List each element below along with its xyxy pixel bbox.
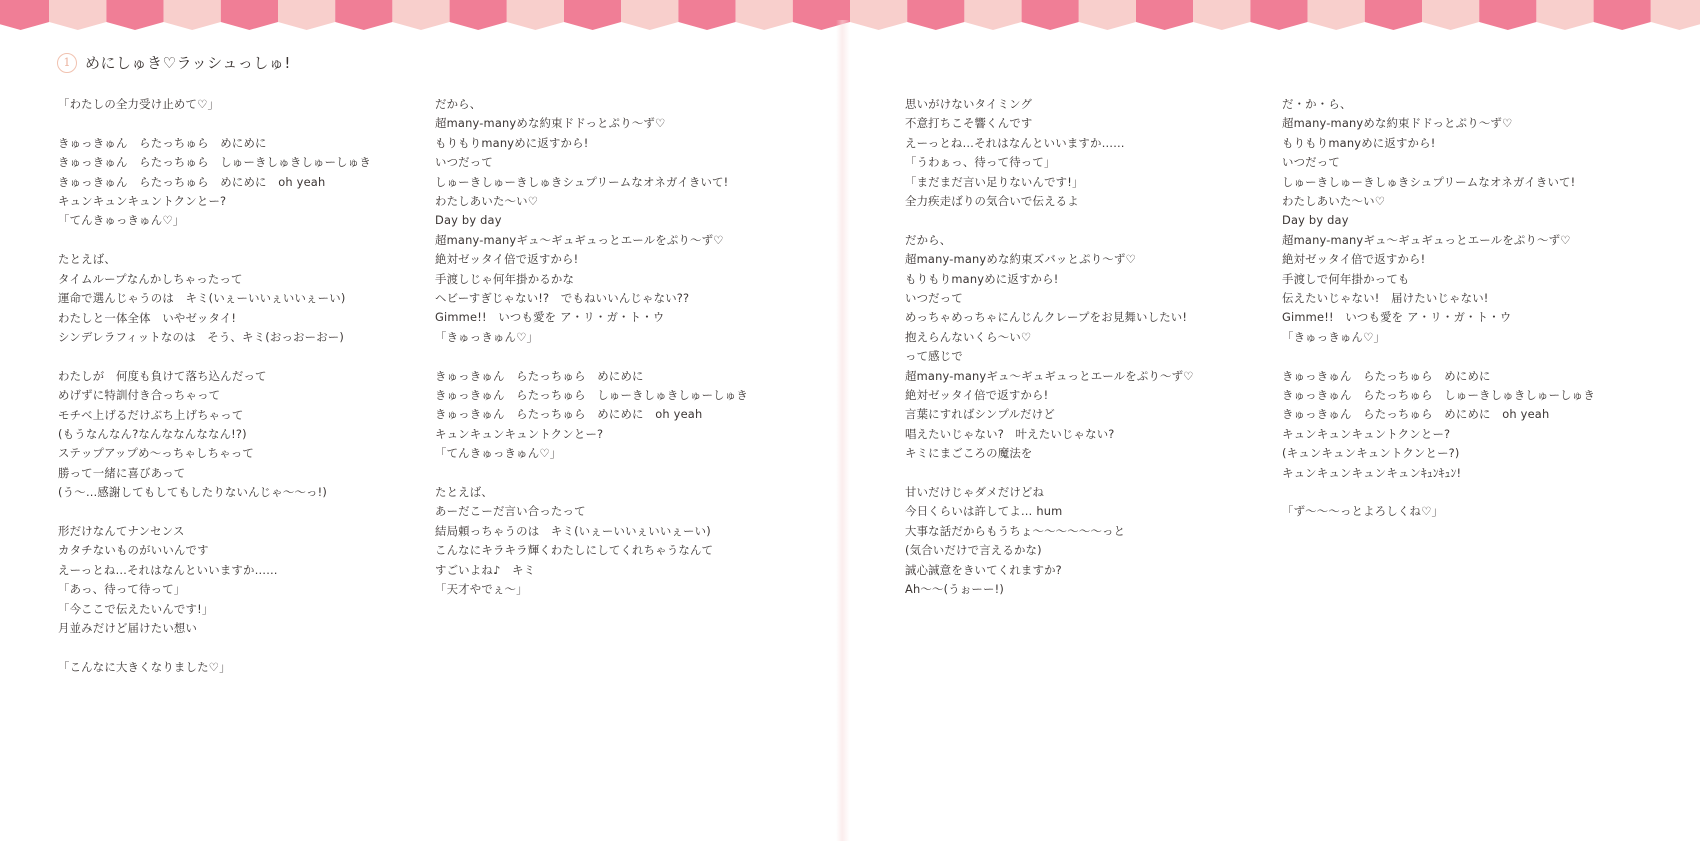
lyric-line: わたしあいた〜い♡ — [435, 192, 795, 211]
lyric-line: いつだって — [905, 289, 1265, 308]
song-title: めにしゅき♡ラッシュっしゅ! — [85, 52, 291, 73]
lyric-line: 全力疾走ばりの気合いで伝えるよ — [905, 192, 1265, 211]
lyric-line: ステップアップめ〜っちゃしちゃって — [58, 444, 418, 463]
lyric-line: 「あっ、待って待って」 — [58, 580, 418, 599]
lyric-line: えーっとね…それはなんといいますか…… — [905, 134, 1265, 153]
border-stripe — [964, 0, 1021, 30]
lyric-line: 「きゅっきゅん♡」 — [435, 328, 795, 347]
lyric-line: こんなにキラキラ輝くわたしにしてくれちゃうなんて — [435, 541, 795, 560]
lyric-line: きゅっきゅん らたっちゅら しゅーきしゅきしゅーしゅき — [1282, 386, 1642, 405]
lyric-line: 言葉にすればシンプルだけど — [905, 405, 1265, 424]
lyric-line: シンデレラフィットなのは そう、キミ(おっおーおー) — [58, 328, 418, 347]
page-fold-crease — [836, 20, 850, 841]
lyric-line: モチベ上げるだけぶち上げちゃって — [58, 406, 418, 425]
border-stripe — [1594, 0, 1651, 30]
lyric-line: 形だけなんてナンセンス — [58, 522, 418, 541]
lyric-line: いつだって — [435, 153, 795, 172]
border-stripe — [1022, 0, 1079, 30]
lyric-line: わたしと一体全体 いやゼッタイ! — [58, 309, 418, 328]
lyric-line: 誠心誠意をきいてくれますか? — [905, 561, 1265, 580]
lyric-line: って感じで — [905, 347, 1265, 366]
lyric-line: 「まだまだ言い足りないんです!」 — [905, 173, 1265, 192]
lyric-line: Gimme!! いつも愛を ア・リ・ガ・ト・ウ — [1282, 308, 1642, 327]
lyric-stanza: たとえば、あーだこーだ言い合ったって結局頼っちゃうのは キミ(いぇーいいぇいいぇ… — [435, 483, 795, 599]
lyric-stanza: 甘いだけじゃダメだけどね今日くらいは許してよ… hum大事な話だからもうちょ〜〜… — [905, 483, 1265, 599]
border-stripe — [1479, 0, 1536, 30]
border-stripe — [1250, 0, 1307, 30]
lyric-line: もりもりmanyめに返すから! — [435, 134, 795, 153]
lyric-line: もりもりmanyめに返すから! — [905, 270, 1265, 289]
lyric-line: (気合いだけで言えるかな) — [905, 541, 1265, 560]
lyric-line: きゅっきゅん らたっちゅら めにめに oh yeah — [435, 405, 795, 424]
border-stripe — [1422, 0, 1479, 30]
lyric-line: 「こんなに大きくなりました♡」 — [58, 658, 418, 677]
lyric-line: 超many-manyギュ〜ギュギュっとエールをぷり〜ず♡ — [905, 367, 1265, 386]
lyric-line: 伝えたいじゃない! 届けたいじゃない! — [1282, 289, 1642, 308]
lyric-line: 超many-manyめな約束ドドっとぷり〜ず♡ — [1282, 114, 1642, 133]
lyric-line: 超many-manyめな約束ドドっとぷり〜ず♡ — [435, 114, 795, 133]
border-stripe — [621, 0, 678, 30]
border-stripe — [1308, 0, 1365, 30]
lyric-line: キュンキュンキュントクンとー? — [435, 425, 795, 444]
lyric-line: だ・か・ら、 — [1282, 95, 1642, 114]
lyric-stanza: 形だけなんてナンセンスカタチないものがいいんですえーっとね…それはなんといいます… — [58, 522, 418, 638]
lyric-line: すごいよね♪ キミ — [435, 561, 795, 580]
border-stripe — [0, 0, 49, 30]
lyric-line: キュンキュンキュントクンとー? — [1282, 425, 1642, 444]
lyric-line: めげずに特訓付き合っちゃって — [58, 386, 418, 405]
border-stripe — [850, 0, 907, 30]
border-stripe — [164, 0, 221, 30]
border-stripe — [1193, 0, 1250, 30]
border-stripe — [678, 0, 735, 30]
lyric-line: 今日くらいは許してよ… hum — [905, 502, 1265, 521]
lyric-line: 抱えらんないくら〜い♡ — [905, 328, 1265, 347]
lyric-line: たとえば、 — [58, 250, 418, 269]
lyric-line: (もうなんなん?なんななんななん!?) — [58, 425, 418, 444]
lyric-stanza: きゅっきゅん らたっちゅら めにめにきゅっきゅん らたっちゅら しゅーきしゅきし… — [435, 367, 795, 464]
border-stripe — [564, 0, 621, 30]
lyric-line: 「きゅっきゅん♡」 — [1282, 328, 1642, 347]
lyric-stanza: だから、超many-manyめな約束ドドっとぷり〜ず♡もりもりmanyめに返すか… — [435, 95, 795, 347]
lyric-line: 「てんきゅっきゅん♡」 — [58, 211, 418, 230]
lyric-line: 大事な話だからもうちょ〜〜〜〜〜〜っと — [905, 522, 1265, 541]
border-stripe — [1365, 0, 1422, 30]
border-stripe — [1536, 0, 1593, 30]
lyric-line: めっちゃめっちゃにんじんクレープをお見舞いしたい! — [905, 308, 1265, 327]
lyric-stanza: たとえば、タイムループなんかしちゃったって運命で選んじゃうのは キミ(いぇーいい… — [58, 250, 418, 347]
border-stripe — [1136, 0, 1193, 30]
lyric-line: キュンキュンキュントクンとー? — [58, 192, 418, 211]
lyric-line: 運命で選んじゃうのは キミ(いぇーいいぇいいぇーい) — [58, 289, 418, 308]
lyric-line: 月並みだけど届けたい想い — [58, 619, 418, 638]
lyric-line: (キュンキュンキュントクンとー?) — [1282, 444, 1642, 463]
lyric-stanza: だから、超many-manyめな約束ズバッとぷり〜ず♡もりもりmanyめに返すか… — [905, 231, 1265, 464]
lyric-line: Day by day — [1282, 211, 1642, 230]
border-stripe — [907, 0, 964, 30]
border-stripe — [278, 0, 335, 30]
lyric-line: 甘いだけじゃダメだけどね — [905, 483, 1265, 502]
lyric-line: Gimme!! いつも愛を ア・リ・ガ・ト・ウ — [435, 308, 795, 327]
lyric-line: だから、 — [435, 95, 795, 114]
lyric-line: 「わたしの全力受け止めて♡」 — [58, 95, 418, 114]
lyric-line: きゅっきゅん らたっちゅら しゅーきしゅきしゅーしゅき — [58, 153, 418, 172]
track-number: 1 — [64, 57, 71, 68]
lyrics-column-2: だから、超many-manyめな約束ドドっとぷり〜ず♡もりもりmanyめに返すか… — [435, 95, 795, 619]
lyric-line: 「天才やでぇ〜」 — [435, 580, 795, 599]
lyric-line: きゅっきゅん らたっちゅら めにめに oh yeah — [58, 173, 418, 192]
border-stripe — [1651, 0, 1700, 30]
lyric-line: 不意打ちこそ響くんです — [905, 114, 1265, 133]
border-stripe — [49, 0, 106, 30]
lyric-line: 超many-manyギュ〜ギュギュっとエールをぷり〜ず♡ — [1282, 231, 1642, 250]
lyrics-column-4: だ・か・ら、超many-manyめな約束ドドっとぷり〜ず♡もりもりmanyめに返… — [1282, 95, 1642, 541]
lyric-line: たとえば、 — [435, 483, 795, 502]
border-stripe — [221, 0, 278, 30]
lyric-line: 超many-manyギュ〜ギュギュっとエールをぷり〜ず♡ — [435, 231, 795, 250]
border-stripe — [335, 0, 392, 30]
lyric-stanza: だ・か・ら、超many-manyめな約束ドドっとぷり〜ず♡もりもりmanyめに返… — [1282, 95, 1642, 347]
lyric-line: 絶対ゼッタイ倍で返すから! — [1282, 250, 1642, 269]
border-stripe — [450, 0, 507, 30]
lyric-line: 「うわぁっ、待って待って」 — [905, 153, 1265, 172]
lyric-line: わたしあいた〜い♡ — [1282, 192, 1642, 211]
lyric-line: Ah〜〜(うぉーー!) — [905, 580, 1265, 599]
track-number-badge-icon: 1 — [57, 53, 77, 73]
lyrics-column-3: 思いがけないタイミング不意打ちこそ響くんですえーっとね…それはなんといいますか…… — [905, 95, 1265, 619]
lyric-line: いつだって — [1282, 153, 1642, 172]
lyric-line: えーっとね…それはなんといいますか…… — [58, 561, 418, 580]
lyric-line: Day by day — [435, 211, 795, 230]
lyric-line: 結局頼っちゃうのは キミ(いぇーいいぇいいぇーい) — [435, 522, 795, 541]
lyric-line: わたしが 何度も負けて落ち込んだって — [58, 367, 418, 386]
border-stripe — [392, 0, 449, 30]
lyric-line: タイムループなんかしちゃったって — [58, 270, 418, 289]
lyric-stanza: 思いがけないタイミング不意打ちこそ響くんですえーっとね…それはなんといいますか…… — [905, 95, 1265, 211]
lyric-stanza: 「こんなに大きくなりました♡」 — [58, 658, 418, 677]
lyric-stanza: きゅっきゅん らたっちゅら めにめにきゅっきゅん らたっちゅら しゅーきしゅきし… — [1282, 367, 1642, 483]
lyric-line: 「ず〜〜〜っとよろしくね♡」 — [1282, 502, 1642, 521]
lyric-line: きゅっきゅん らたっちゅら めにめに — [58, 134, 418, 153]
lyrics-column-1: 「わたしの全力受け止めて♡」きゅっきゅん らたっちゅら めにめにきゅっきゅん ら… — [58, 95, 418, 697]
lyric-line: 「てんきゅっきゅん♡」 — [435, 444, 795, 463]
lyric-line: だから、 — [905, 231, 1265, 250]
lyric-line: あーだこーだ言い合ったって — [435, 502, 795, 521]
border-stripe — [1079, 0, 1136, 30]
lyric-stanza: 「わたしの全力受け止めて♡」 — [58, 95, 418, 114]
lyric-line: きゅっきゅん らたっちゅら めにめに — [435, 367, 795, 386]
lyric-line: (う〜…感謝してもしてもしたりないんじゃ〜〜っ!) — [58, 483, 418, 502]
lyric-line: 「今ここで伝えたいんです!」 — [58, 600, 418, 619]
lyric-line: もりもりmanyめに返すから! — [1282, 134, 1642, 153]
lyric-line: 勝って一緒に喜びあって — [58, 464, 418, 483]
lyric-line: ヘビーすぎじゃない!? でもねいいんじゃない?? — [435, 289, 795, 308]
lyric-line: 手渡しで何年掛かっても — [1282, 270, 1642, 289]
striped-chevron-border — [0, 0, 1700, 34]
lyric-stanza: 「ず〜〜〜っとよろしくね♡」 — [1282, 502, 1642, 521]
lyric-line: しゅーきしゅーきしゅきシュプリームなオネガイきいて! — [1282, 173, 1642, 192]
border-stripe — [507, 0, 564, 30]
lyric-line: 思いがけないタイミング — [905, 95, 1265, 114]
song-header: 1 めにしゅき♡ラッシュっしゅ! — [57, 52, 291, 73]
lyric-line: キミにまごころの魔法を — [905, 444, 1265, 463]
lyric-line: 絶対ゼッタイ倍で返すから! — [905, 386, 1265, 405]
border-stripe — [736, 0, 793, 30]
lyric-stanza: わたしが 何度も負けて落ち込んだってめげずに特訓付き合っちゃってモチベ上げるだけ… — [58, 367, 418, 503]
lyric-line: 絶対ゼッタイ倍で返すから! — [435, 250, 795, 269]
lyric-line: キュンキュンキュンキュンｷｭﾝｷｭﾝ! — [1282, 464, 1642, 483]
lyric-line: カタチないものがいいんです — [58, 541, 418, 560]
lyric-line: きゅっきゅん らたっちゅら しゅーきしゅきしゅーしゅき — [435, 386, 795, 405]
lyric-line: しゅーきしゅーきしゅきシュプリームなオネガイきいて! — [435, 173, 795, 192]
lyric-line: きゅっきゅん らたっちゅら めにめに — [1282, 367, 1642, 386]
lyric-line: 超many-manyめな約束ズバッとぷり〜ず♡ — [905, 250, 1265, 269]
lyric-line: 唱えたいじゃない? 叶えたいじゃない? — [905, 425, 1265, 444]
lyric-stanza: きゅっきゅん らたっちゅら めにめにきゅっきゅん らたっちゅら しゅーきしゅきし… — [58, 134, 418, 231]
lyric-line: 手渡しじゃ何年掛かるかな — [435, 270, 795, 289]
border-stripe — [106, 0, 163, 30]
lyric-line: きゅっきゅん らたっちゅら めにめに oh yeah — [1282, 405, 1642, 424]
